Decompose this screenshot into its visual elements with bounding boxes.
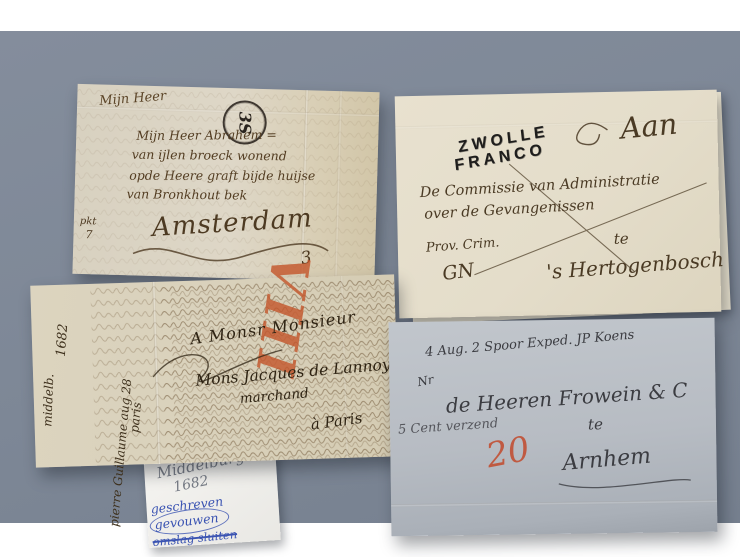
city-text: Amsterdam [151, 203, 313, 242]
letter-arnhem-envelope: 4 Aug. 2 Spoor Exped. JP Koens Nr de Hee… [389, 318, 718, 537]
side-year: 1682 [54, 323, 71, 357]
address-line: De Commissie van Administratie [419, 172, 660, 201]
aan-text: Aan [619, 107, 679, 146]
rate-red-20: 20 [483, 429, 533, 476]
photo-background: Mijn Heer 3S Mijn Heer Abrahem = van ijl… [0, 31, 740, 523]
letter-amsterdam: Mijn Heer 3S Mijn Heer Abrahem = van ijl… [72, 84, 379, 282]
letter-1682-lannoy: VIII 1682 pierre Guillaume aug 28 paris … [30, 274, 400, 467]
port-mark-number: 7 [85, 228, 92, 241]
photo-frame: Mijn Heer 3S Mijn Heer Abrahem = van ijl… [0, 0, 740, 557]
address-line: opde Heere graft bijde huijse [129, 168, 315, 183]
overlay-address-line: à Paris [310, 409, 364, 434]
side-mark-middelburg: middelb. [40, 373, 56, 427]
overlay-address-line: marchand [239, 385, 309, 407]
city-text: Arnhem [562, 444, 652, 476]
envelope-fold [391, 500, 717, 508]
addressee-line: de Heeren Frowein & C [445, 378, 688, 418]
route-line: 4 Aug. 2 Spoor Exped. JP Koens [425, 328, 635, 361]
address-line: van Bronkhout bek [127, 186, 248, 202]
city-text: 's Hertogenbosch [546, 247, 725, 284]
te-text: te [588, 415, 603, 433]
note-line: Prov. Crim. [425, 235, 500, 255]
port-mark: pkt [80, 216, 97, 227]
left-note: 5 Cent verzend [398, 416, 499, 438]
address-line: van ijlen broeck wonend [132, 147, 287, 164]
fold-crease [334, 91, 342, 281]
te-text: te [614, 230, 629, 248]
salutation-text: Mijn Heer [99, 89, 167, 109]
nr-mark: Nr [416, 372, 435, 389]
letter-zwolle-franco: ZWOLLE FRANCO Aan De Commissie van Admin… [395, 90, 722, 319]
fold-crease [152, 282, 161, 464]
side-sender: pierre Guillaume aug 28 [107, 378, 134, 527]
initials-flourish: GN [441, 259, 475, 285]
address-line: over de Gevangenissen [424, 197, 595, 222]
address-line: Mijn Heer Abrahem = [136, 127, 277, 143]
side-sender-2: paris [127, 402, 144, 434]
